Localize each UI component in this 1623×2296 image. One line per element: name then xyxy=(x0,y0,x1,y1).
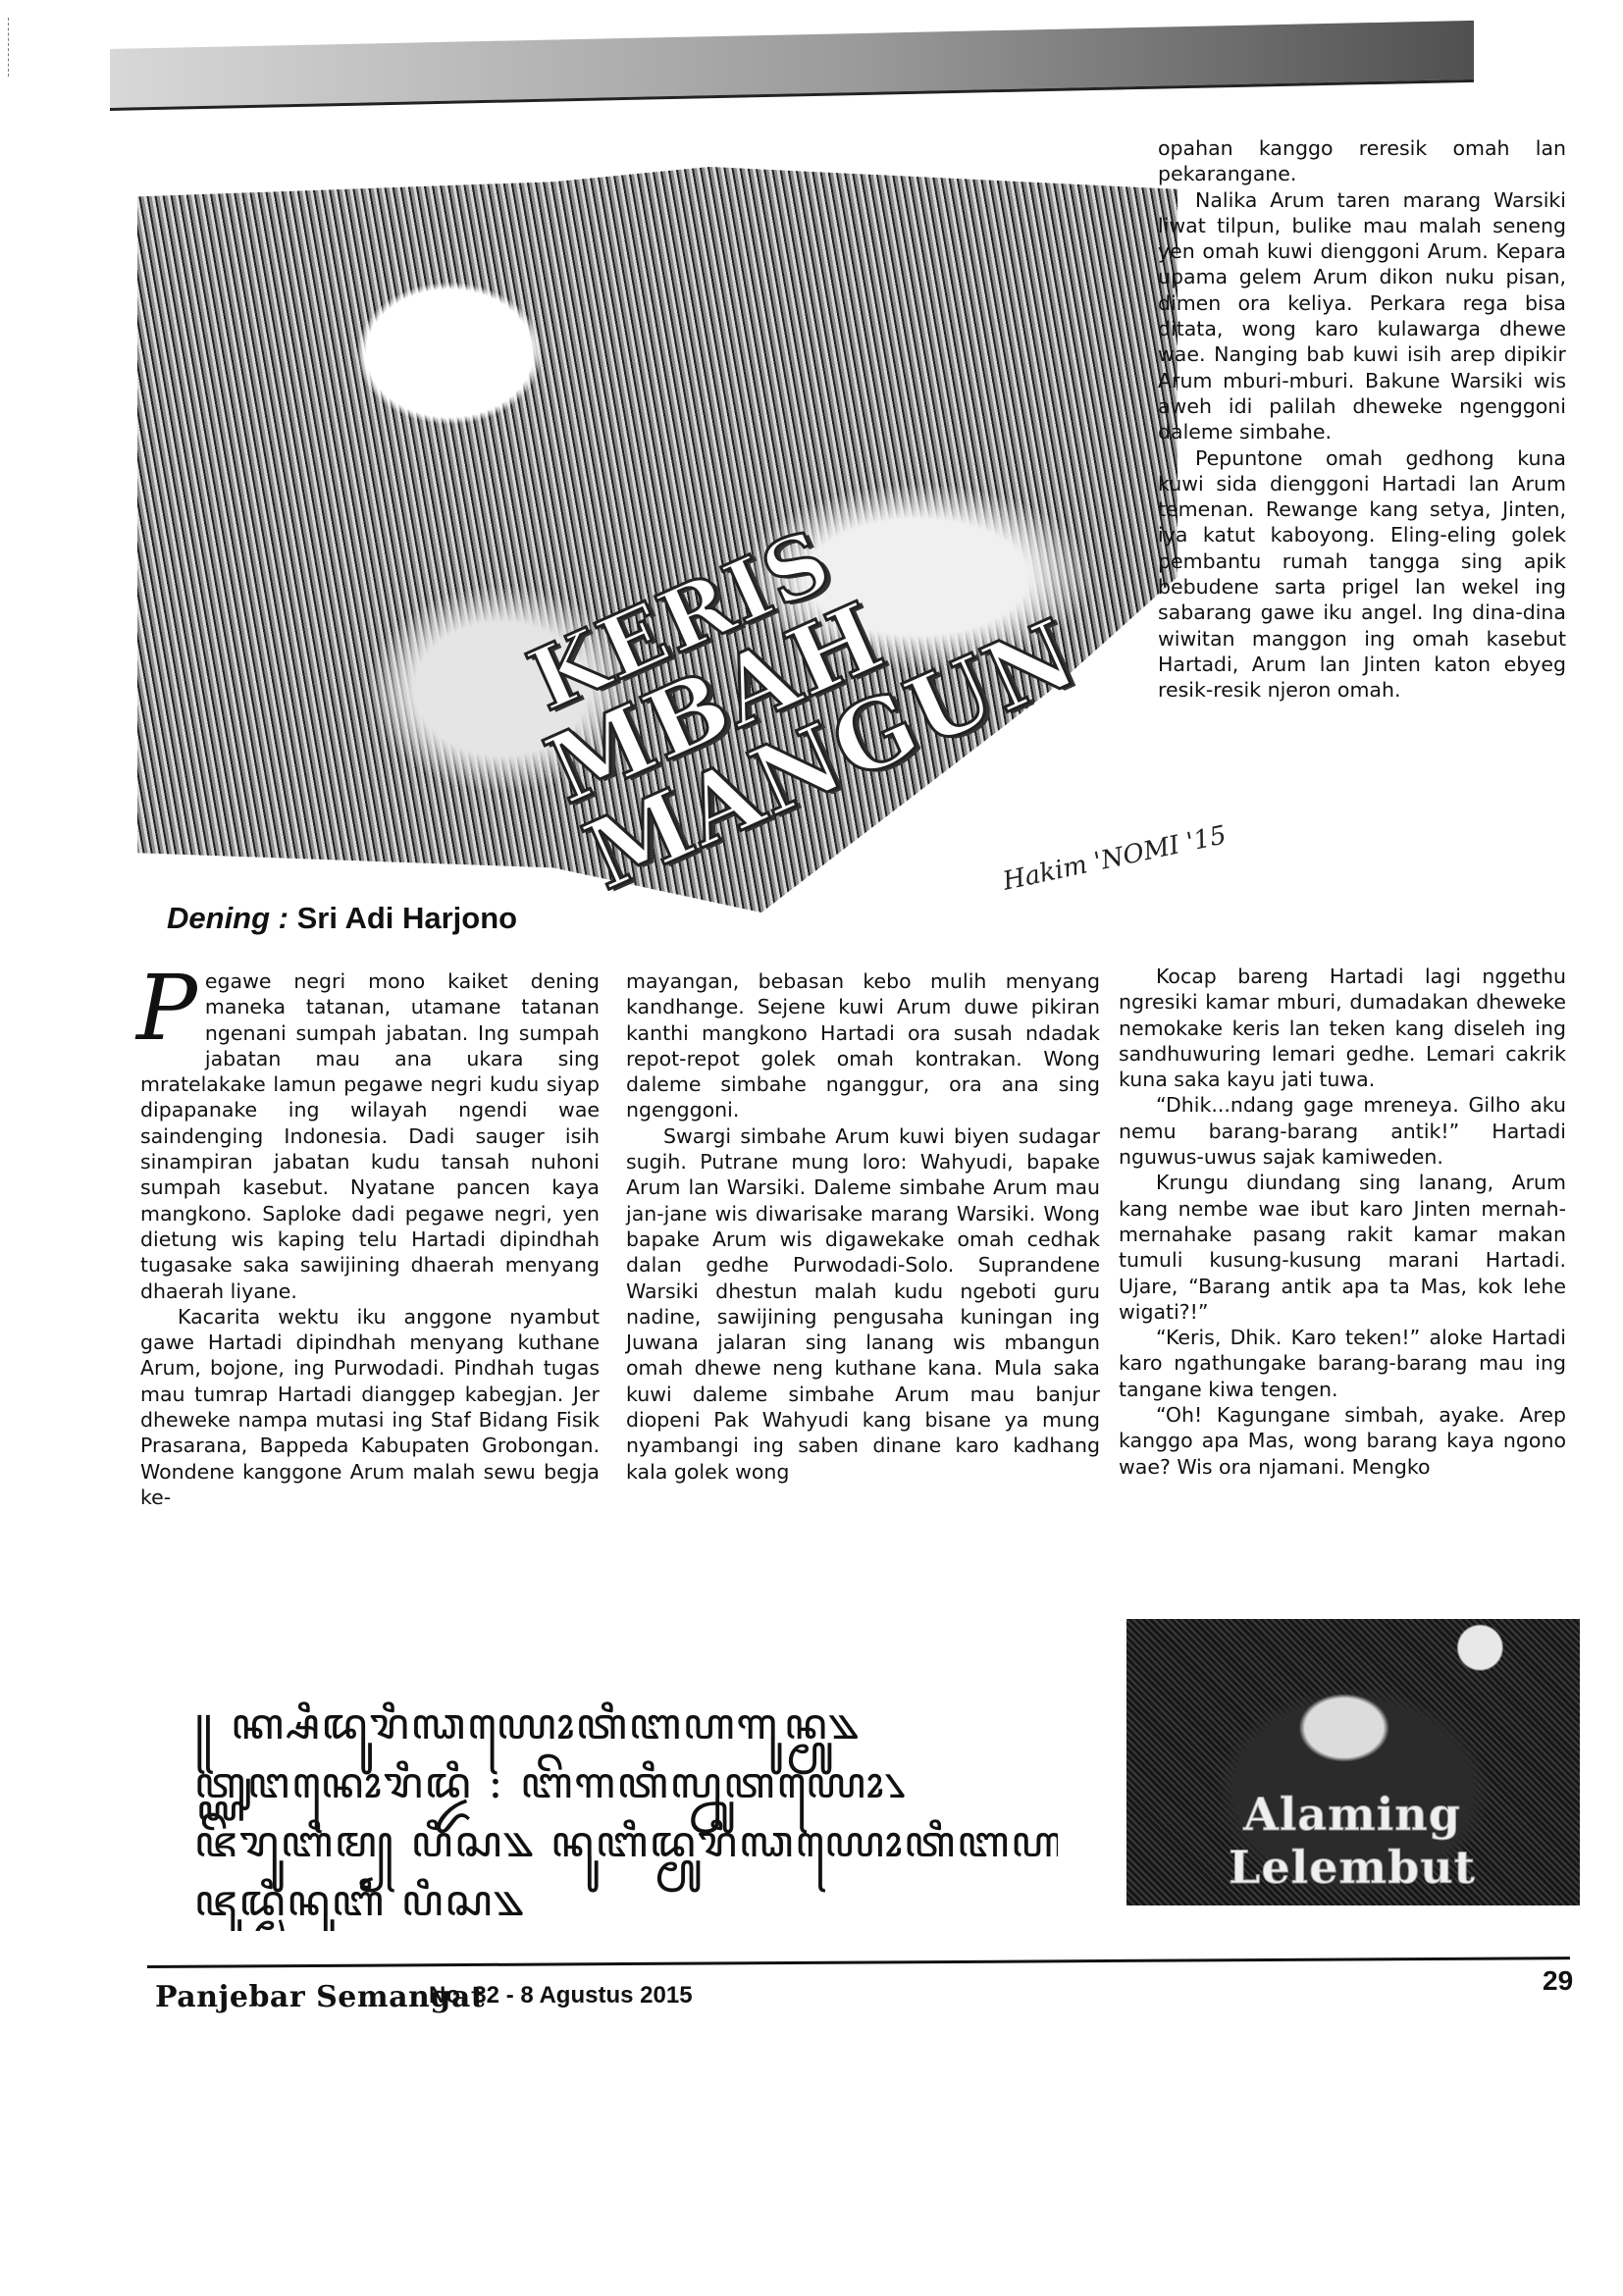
paragraph: Pegawe negri mono kaiket dening maneka t… xyxy=(140,968,600,1304)
paragraph: opahan kanggo reresik omah lan pekaranga… xyxy=(1158,135,1566,187)
paragraph: “Dhik...ndang gage mreneya. Gilho aku ne… xyxy=(1119,1092,1566,1170)
column-1: Pegawe negri mono kaiket dening maneka t… xyxy=(140,968,600,1510)
paragraph: Pepuntone omah gedhong kuna kuwi sida di… xyxy=(1158,445,1566,704)
header-band xyxy=(110,21,1474,111)
javanese-line: ꦗꦸꦢ꧀ꦩꦶꦤꦸꦧꦶ ꦥꦶꦱ꧉ xyxy=(194,1872,1058,1931)
byline: Dening : Sri Adi Harjono xyxy=(167,901,517,936)
drop-cap: P xyxy=(136,970,197,1047)
javanese-line: ꦗꦼꦫꦸꦧꦶꦩ꧀ ꦥꦶꦱ꧉ ꦤꦸꦧꦶꦢ꧀ꦩꦸꦫꦶꦓꦪꦺꦴꦠꦶꦧꦲ xyxy=(194,1813,1058,1872)
paragraph: mayangan, bebasan kebo mulih menyang kan… xyxy=(626,968,1100,1123)
paragraph: “Oh! Kagungane simbah, ayake. Arep kangg… xyxy=(1119,1402,1566,1480)
footer-rule xyxy=(147,1957,1570,1968)
column-2: mayangan, bebasan kebo mulih menyang kan… xyxy=(626,968,1100,1485)
javanese-script-block: ꧋ ꦏ꧀ꦱꦶꦢꦸꦫꦶꦓꦪꦺꦴꦠꦶꦧꦲꦒꦸꦤ꧀ꦩꦸ꧉ ꦠ꧀ꦪꦸꦔꦤꦺꦴꦫꦶꦢ꧀ꦢꦶ… xyxy=(194,1696,1058,1931)
paragraph: Kocap bareng Hartadi lagi nggethu ngresi… xyxy=(1119,964,1566,1092)
story-illustration xyxy=(137,167,1178,913)
promo-title: Alaming Lelembut xyxy=(1136,1788,1568,1894)
javanese-line: ꧋ ꦏ꧀ꦱꦶꦢꦸꦫꦶꦓꦪꦺꦴꦠꦶꦧꦲꦒꦸꦤ꧀ꦩꦸ꧉ xyxy=(194,1696,1058,1754)
page-number: 29 xyxy=(1543,1965,1573,1997)
paragraph: Kacarita wektu iku anggone nyambut gawe … xyxy=(140,1304,600,1510)
column-3-bottom: Kocap bareng Hartadi lagi nggethu ngresi… xyxy=(1119,964,1566,1480)
column-3-top: opahan kanggo reresik omah lan pekaranga… xyxy=(1158,135,1566,704)
paragraph: Nalika Arum taren marang Warsiki liwat t… xyxy=(1158,187,1566,445)
artist-signature: Hakim 'NOMI '15 xyxy=(1000,820,1229,897)
scan-margin-mark xyxy=(8,18,10,77)
javanese-line: ꦠ꧀ꦪꦸꦔꦤꦺꦴꦫꦶꦢ꧀ꦢꦶ : ꦧꦼꦒꦠꦶꦭ꧀ꦤꦸꦠꦪꦺꦴ꧈ xyxy=(194,1754,1058,1813)
paragraph: Swargi simbahe Arum kuwi biyen sudagar s… xyxy=(626,1123,1100,1485)
byline-author: Sri Adi Harjono xyxy=(297,901,517,935)
issue-info: No. 32 - 8 Agustus 2015 xyxy=(429,1982,693,2009)
paragraph: “Keris, Dhik. Karo teken!” aloke Hartadi… xyxy=(1119,1325,1566,1402)
next-story-promo-image: Alaming Lelembut xyxy=(1126,1619,1580,1905)
byline-label: Dening : xyxy=(167,901,288,935)
paragraph: Krungu diundang sing lanang, Arum kang n… xyxy=(1119,1170,1566,1325)
